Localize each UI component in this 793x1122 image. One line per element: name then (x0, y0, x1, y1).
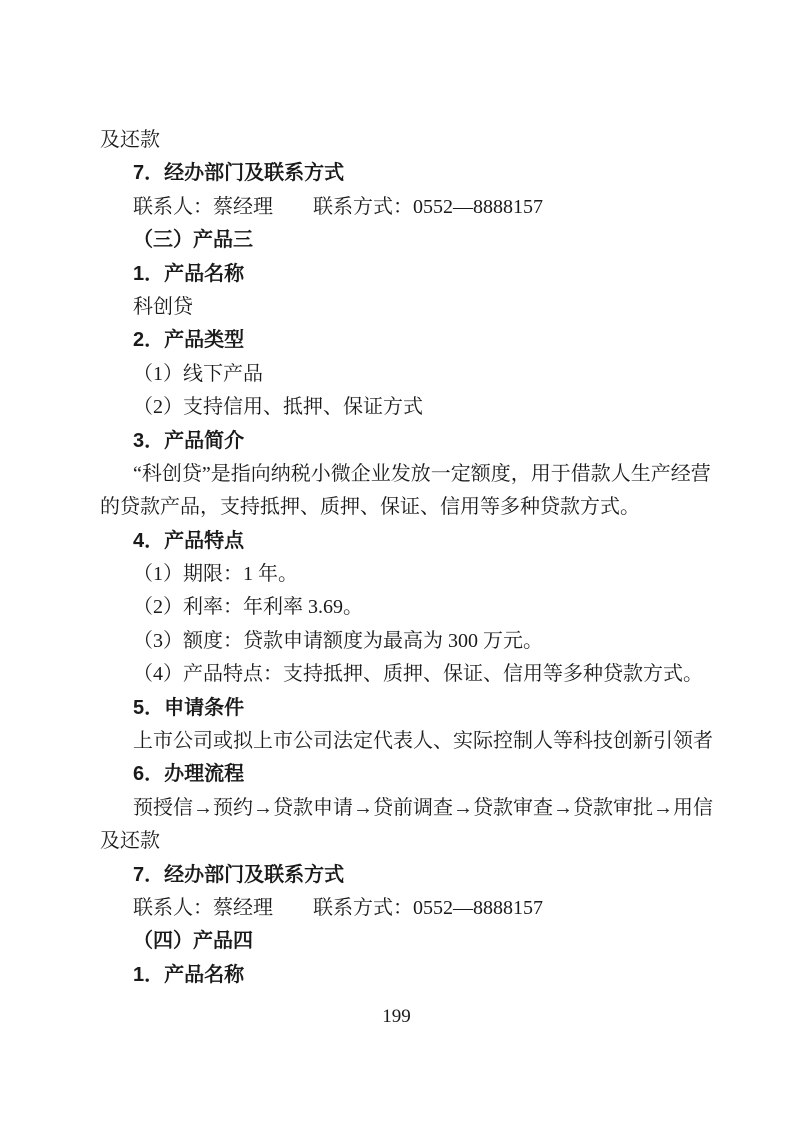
page-footer: 199 (0, 1006, 793, 1028)
text-line: 5．申请条件 (100, 692, 740, 725)
text-line: 3．产品简介 (100, 425, 740, 458)
text-line: 4．产品特点 (100, 525, 740, 558)
text-line: （1）线下产品 (100, 358, 740, 391)
text-line: 科创贷 (100, 291, 740, 324)
text-line: 及还款 (100, 124, 740, 157)
text-line: 的贷款产品，支持抵押、质押、保证、信用等多种贷款方式。 (100, 491, 740, 524)
text-line: （2）支持信用、抵押、保证方式 (100, 391, 740, 424)
text-line: （4）产品特点：支持抵押、质押、保证、信用等多种贷款方式。 (100, 658, 740, 691)
text-line: （2）利率：年利率 3.69。 (100, 591, 740, 624)
text-line: 2．产品类型 (100, 324, 740, 357)
text-line: （三）产品三 (100, 224, 740, 257)
text-line: （四）产品四 (100, 925, 740, 958)
document-body: 及还款7．经办部门及联系方式联系人：蔡经理 联系方式：0552—8888157（… (100, 124, 740, 992)
text-line: 及还款 (100, 825, 740, 858)
page-number: 199 (382, 1006, 411, 1027)
text-line: 7．经办部门及联系方式 (100, 157, 740, 190)
text-line: （1）期限：1 年。 (100, 558, 740, 591)
text-line: 上市公司或拟上市公司法定代表人、实际控制人等科技创新引领者 (100, 725, 740, 758)
text-line: 6．办理流程 (100, 758, 740, 791)
text-line: 1．产品名称 (100, 959, 740, 992)
document-page: 及还款7．经办部门及联系方式联系人：蔡经理 联系方式：0552—8888157（… (0, 0, 793, 1122)
text-line: （3）额度：贷款申请额度为最高为 300 万元。 (100, 625, 740, 658)
text-line: “科创贷”是指向纳税小微企业发放一定额度，用于借款人生产经营 (100, 458, 740, 491)
text-line: 7．经办部门及联系方式 (100, 859, 740, 892)
text-line: 1．产品名称 (100, 258, 740, 291)
text-line: 预授信→预约→贷款申请→贷前调查→贷款审查→贷款审批→用信 (100, 792, 740, 825)
text-line: 联系人：蔡经理 联系方式：0552—8888157 (100, 191, 740, 224)
text-line: 联系人：蔡经理 联系方式：0552—8888157 (100, 892, 740, 925)
